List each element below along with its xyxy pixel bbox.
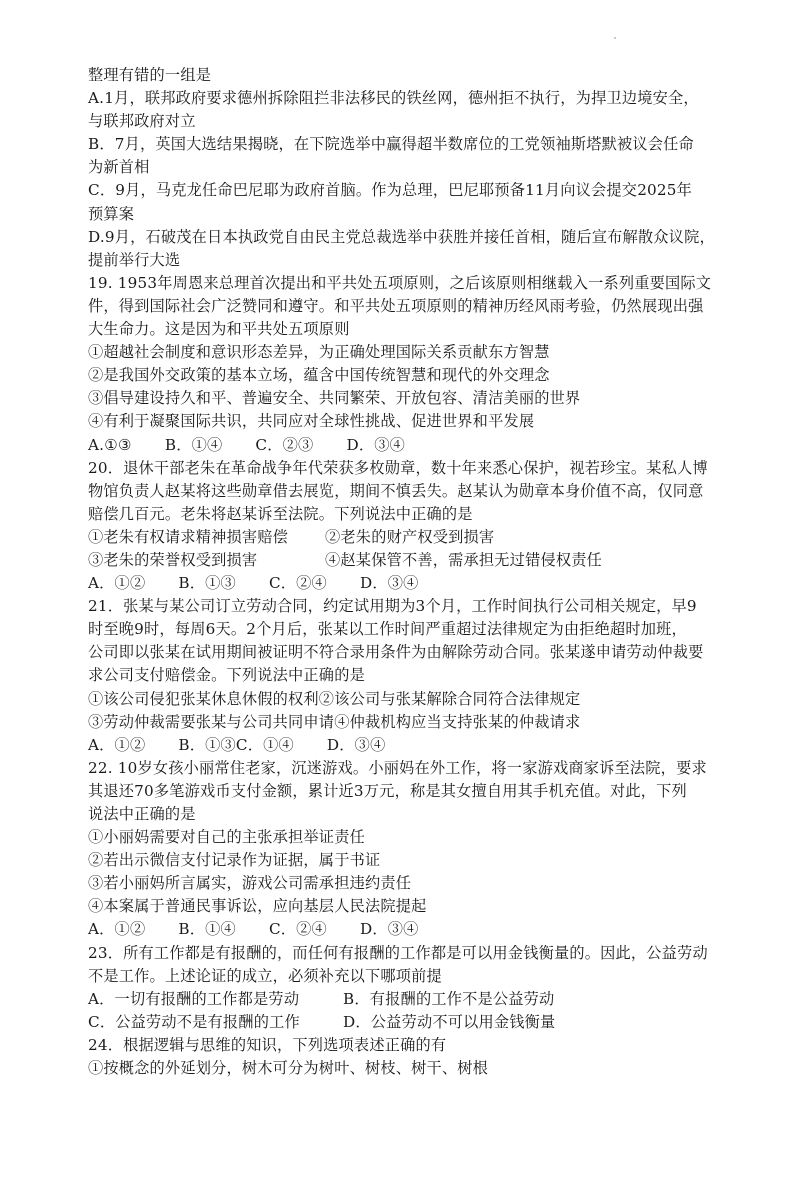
q23-choices-row-1: A．一切有报酬的工作都是劳动 B．有报酬的工作不是公益劳动 (88, 988, 716, 1011)
q22-choice-a: A．①② (88, 918, 145, 941)
q22-choice-d: D．③④ (360, 918, 419, 941)
question-22: 22. 10岁女孩小丽常住老家，沉迷游戏。小丽妈在外工作，将一家游戏商家诉至法院… (88, 757, 716, 942)
q21-stem-line: 求公司支付赔偿金。下列说法中正确的是 (88, 664, 716, 687)
q21-statements-1-2: ①该公司侵犯张某休息休假的权利②该公司与张某解除合同符合法律规定 (88, 688, 716, 711)
q23-choice-a: A．一切有报酬的工作都是劳动 (88, 988, 338, 1011)
q21-stem-line: 公司即以张某在试用期间被证明不符合录用条件为由解除劳动合同。张某遂申请劳动仲裁要 (88, 641, 716, 664)
q23-stem-line: 不是工作。上述论证的成立，必须补充以下哪项前提 (88, 965, 716, 988)
q18-option-b-cont: 为新首相 (88, 156, 716, 179)
q21-choice-d: D．③④ (327, 734, 386, 757)
q24-statement-1: ①按概念的外延划分，树木可分为树叶、树枝、树干、树根 (88, 1057, 716, 1080)
q19-choices: A.①③ B．①④ C．②③ D．③④ (88, 434, 716, 457)
q23-stem-line: 23．所有工作都是有报酬的，而任何有报酬的工作都是可以用金钱衡量的。因此，公益劳… (88, 942, 716, 965)
exam-page: 整理有错的一组是 A.1月，联邦政府要求德州拆除阻拦非法移民的铁丝网，德州拒不执… (88, 64, 716, 1080)
q20-choice-d: D．③④ (360, 572, 419, 595)
q19-choice-b: B．①④ (165, 434, 223, 457)
q20-choice-c: C．②④ (269, 572, 327, 595)
q21-statements-3-4: ③劳动仲裁需要张某与公司共同申请④仲裁机构应当支持张某的仲裁请求 (88, 711, 716, 734)
q20-stem-line: 赔偿几百元。老朱将赵某诉至法院。下列说法中正确的是 (88, 503, 716, 526)
q22-stem-line: 说法中正确的是 (88, 803, 716, 826)
q20-statements-row-1: ①老朱有权请求精神损害赔偿 ②老朱的财产权受到损害 (88, 526, 716, 549)
q18-option-d-cont: 提前举行大选 (88, 249, 716, 272)
q24-stem-line: 24．根据逻辑与思维的知识，下列选项表述正确的有 (88, 1034, 716, 1057)
q20-statement-4: ④赵某保管不善，需承担无过错侵权责任 (325, 549, 602, 572)
q18-option-a: A.1月，联邦政府要求德州拆除阻拦非法移民的铁丝网，德州拒不执行，为捍卫边境安全… (88, 87, 716, 110)
q18-option-c: C．9月，马克龙任命巴尼耶为政府首脑。作为总理，巴尼耶预备11月向议会提交202… (88, 179, 716, 202)
q20-stem-line: 20．退休干部老朱在革命战争年代荣获多枚勋章，数十年来悉心保护，视若珍宝。某私人… (88, 457, 716, 480)
q20-stem-line: 物馆负责人赵某将这些勋章借去展览，期间不慎丢失。赵某认为勋章本身价值不高，仅同意 (88, 480, 716, 503)
q19-statement-1: ①超越社会制度和意识形态差异，为正确处理国际关系贡献东方智慧 (88, 341, 716, 364)
q22-choices: A．①② B．①④ C．②④ D．③④ (88, 918, 716, 941)
q22-statement-4: ④本案属于普通民事诉讼，应向基层人民法院提起 (88, 895, 716, 918)
q21-choice-b-c: B．①③C．①④ (178, 734, 294, 757)
q20-statement-2: ②老朱的财产权受到损害 (325, 526, 494, 549)
q21-choice-a: A．①② (88, 734, 145, 757)
q21-stem-line: 21．张某与某公司订立劳动合同，约定试用期为3个月，工作时间执行公司相关规定，早… (88, 595, 716, 618)
question-20: 20．退休干部老朱在革命战争年代荣获多枚勋章，数十年来悉心保护，视若珍宝。某私人… (88, 457, 716, 596)
q23-choice-d: D．公益劳动不可以用金钱衡量 (343, 1011, 555, 1034)
q20-choice-a: A．①② (88, 572, 145, 595)
q18-stem-end: 整理有错的一组是 (88, 64, 716, 87)
q21-stem-line: 时至晚9时，每周6天。2个月后，张某以工作时间严重超过法律规定为由拒绝超时加班， (88, 618, 716, 641)
q22-statement-2: ②若出示微信支付记录作为证据，属于书证 (88, 849, 716, 872)
q20-statement-3: ③老朱的荣誉权受到损害 (88, 549, 320, 572)
q18-option-c-cont: 预算案 (88, 203, 716, 226)
q22-statement-1: ①小丽妈需要对自己的主张承担举证责任 (88, 826, 716, 849)
scan-speck (614, 37, 616, 39)
q22-choice-b: B．①④ (178, 918, 236, 941)
question-18-tail: 整理有错的一组是 A.1月，联邦政府要求德州拆除阻拦非法移民的铁丝网，德州拒不执… (88, 64, 716, 272)
q18-option-a-cont: 与联邦政府对立 (88, 110, 716, 133)
q20-statement-1: ①老朱有权请求精神损害赔偿 (88, 526, 320, 549)
q19-choice-d: D．③④ (346, 434, 405, 457)
q18-option-b: B．7月，英国大选结果揭晓，在下院选举中赢得超半数席位的工党领袖斯塔默被议会任命 (88, 133, 716, 156)
q22-statement-3: ③若小丽妈所言属实，游戏公司需承担违约责任 (88, 872, 716, 895)
q21-choices: A．①② B．①③C．①④ D．③④ (88, 734, 716, 757)
q19-statement-3: ③倡导建设持久和平、普遍安全、共同繁荣、开放包容、清洁美丽的世界 (88, 387, 716, 410)
q22-stem-line: 其退还70多笔游戏币支付金额，累计近3万元，称是其女擅自用其手机充值。对此，下列 (88, 780, 716, 803)
q23-choice-c: C．公益劳动不是有报酬的工作 (88, 1011, 338, 1034)
q20-choice-b: B．①③ (178, 572, 236, 595)
q20-statements-row-2: ③老朱的荣誉权受到损害 ④赵某保管不善，需承担无过错侵权责任 (88, 549, 716, 572)
q19-statement-4: ④有利于凝聚国际共识，共同应对全球性挑战、促进世界和平发展 (88, 410, 716, 433)
question-23: 23．所有工作都是有报酬的，而任何有报酬的工作都是可以用金钱衡量的。因此，公益劳… (88, 942, 716, 1034)
q19-stem-line: 大生命力。这是因为和平共处五项原则 (88, 318, 716, 341)
question-21: 21．张某与某公司订立劳动合同，约定试用期为3个月，工作时间执行公司相关规定，早… (88, 595, 716, 757)
q19-choice-a: A.①③ (88, 434, 132, 457)
q19-choice-c: C．②③ (255, 434, 313, 457)
q23-choices-row-2: C．公益劳动不是有报酬的工作 D．公益劳动不可以用金钱衡量 (88, 1011, 716, 1034)
question-19: 19. 1953年周恩来总理首次提出和平共处五项原则，之后该原则相继载入一系列重… (88, 272, 716, 457)
q19-stem-line: 19. 1953年周恩来总理首次提出和平共处五项原则，之后该原则相继载入一系列重… (88, 272, 716, 295)
question-24: 24．根据逻辑与思维的知识，下列选项表述正确的有 ①按概念的外延划分，树木可分为… (88, 1034, 716, 1080)
q22-stem-line: 22. 10岁女孩小丽常住老家，沉迷游戏。小丽妈在外工作，将一家游戏商家诉至法院… (88, 757, 716, 780)
q19-stem-line: 件，得到国际社会广泛赞同和遵守。和平共处五项原则的精神历经风雨考验，仍然展现出强 (88, 295, 716, 318)
q19-statement-2: ②是我国外交政策的基本立场，蕴含中国传统智慧和现代的外交理念 (88, 364, 716, 387)
q23-choice-b: B．有报酬的工作不是公益劳动 (343, 988, 554, 1011)
q18-option-d: D.9月，石破茂在日本执政党自由民主党总裁选举中获胜并接任首相，随后宣布解散众议… (88, 226, 716, 249)
q22-choice-c: C．②④ (269, 918, 327, 941)
q20-choices: A．①② B．①③ C．②④ D．③④ (88, 572, 716, 595)
